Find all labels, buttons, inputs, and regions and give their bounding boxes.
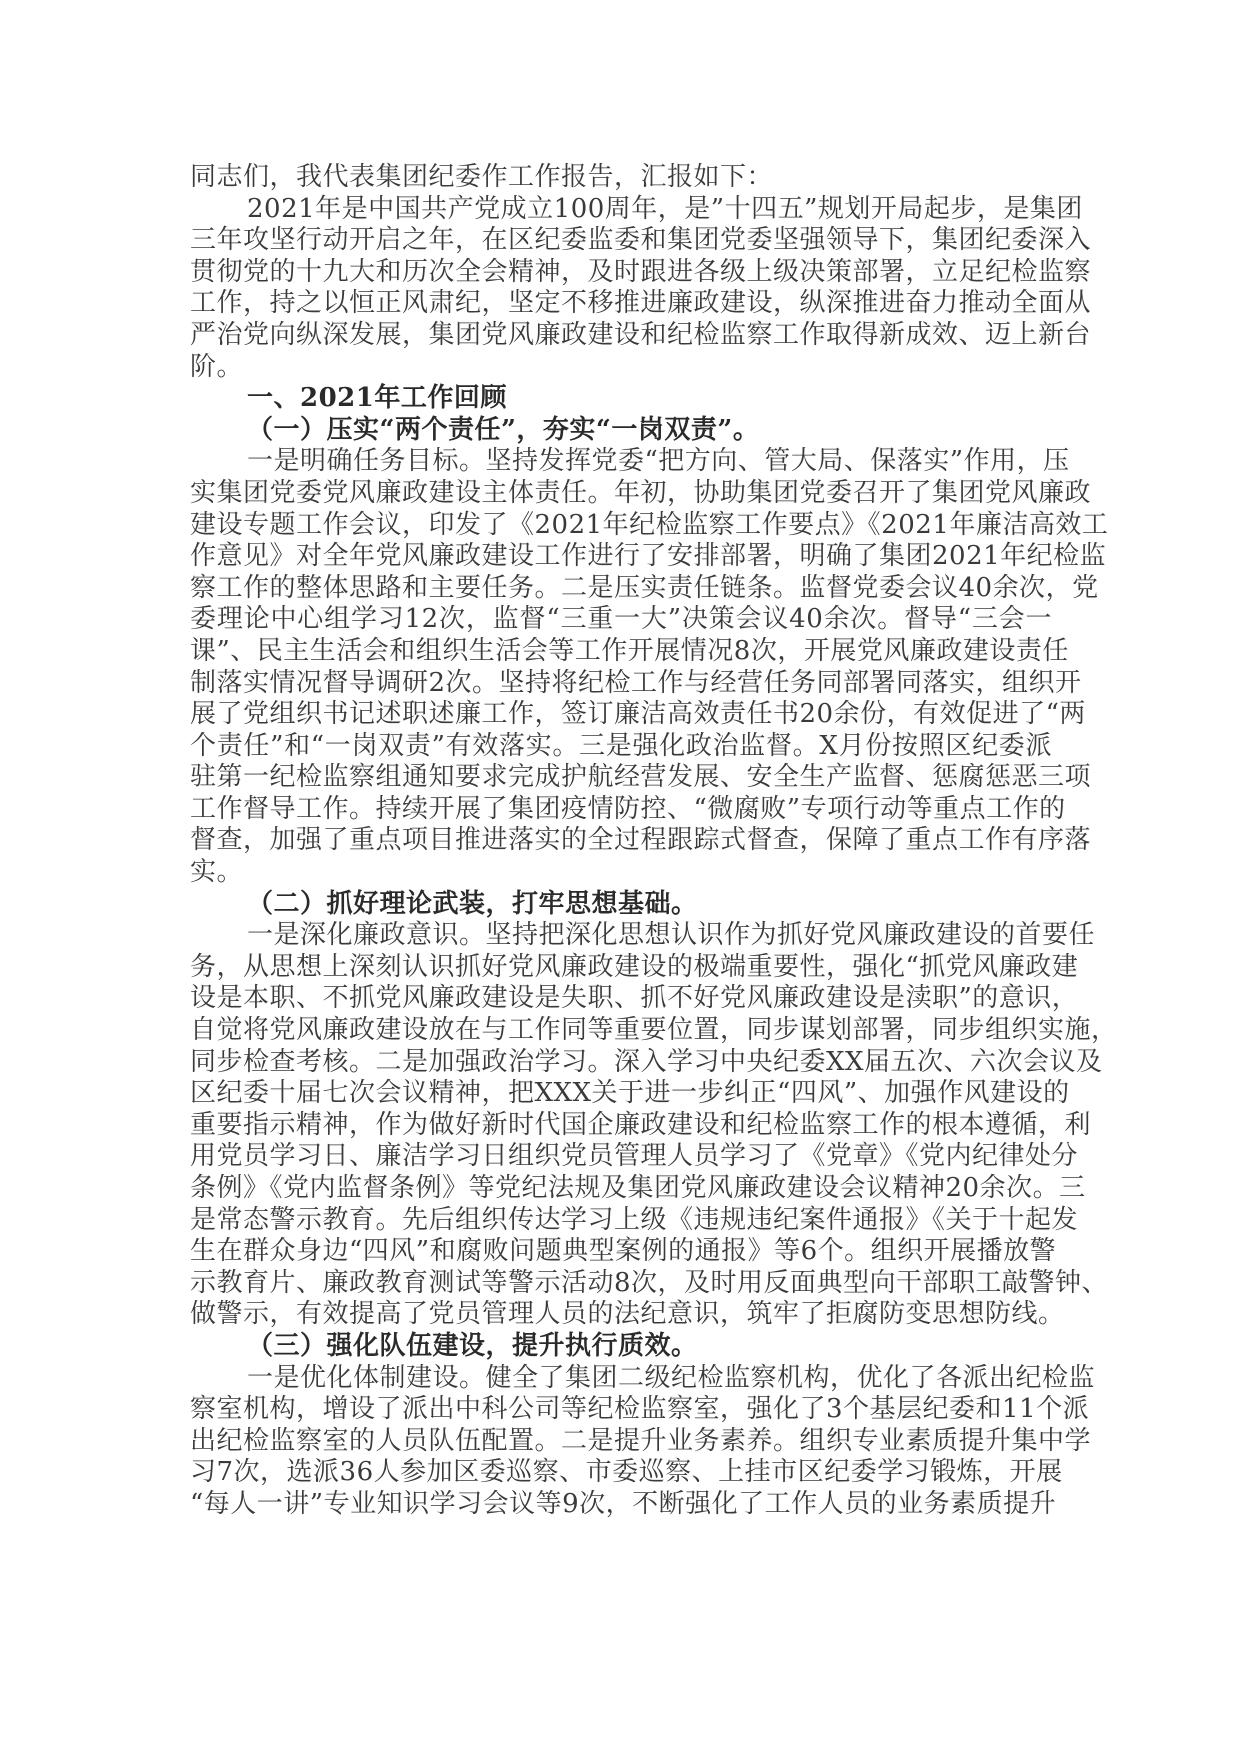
body-line: 课”、民主生活会和组织生活会等工作开展情况8次，开展党风廉政建设责任 xyxy=(190,636,1052,668)
body-line: 条例》《党内监督条例》等党纪法规及集团党风廉政建设会议精神20余次。三 xyxy=(190,1173,1052,1205)
body-line: 一是深化廉政意识。坚持把深化思想认识作为抓好党风廉政建设的首要任 xyxy=(190,920,1052,952)
subsection-heading: （三）强化队伍建设，提升执行质效。 xyxy=(190,1331,1052,1363)
body-line: 同步检查考核。二是加强政治学习。深入学习中央纪委XX届五次、六次会议及 xyxy=(190,1047,1052,1079)
body-line: 重要指示精神，作为做好新时代国企廉政建设和纪检监察工作的根本遵循，利 xyxy=(190,1110,1052,1142)
section-heading: 一、2021年工作回顾 xyxy=(190,383,1052,415)
body-line: 自觉将党风廉政建设放在与工作同等重要位置，同步谋划部署，同步组织实施， xyxy=(190,1015,1052,1047)
document-page: 同志们，我代表集团纪委作工作报告，汇报如下： 2021年是中国共产党成立100周… xyxy=(190,162,1052,1521)
body-line: 工作督导工作。持续开展了集团疫情防控、“微腐败”专项行动等重点工作的 xyxy=(190,794,1052,826)
body-line: 用党员学习日、廉洁学习日组织党员管理人员学习了《党章》《党内纪律处分 xyxy=(190,1141,1052,1173)
body-line: 制落实情况督导调研2次。坚持将纪检工作与经营任务同部署同落实，组织开 xyxy=(190,668,1052,700)
body-line: 作意见》对全年党风廉政建设工作进行了安排部署，明确了集团2021年纪检监 xyxy=(190,541,1052,573)
body-line: 是常态警示教育。先后组织传达学习上级《违规违纪案件通报》《关于十起发 xyxy=(190,1205,1052,1237)
body-line: 生在群众身边“四风”和腐败问题典型案例的通报》等6个。组织开展播放警 xyxy=(190,1236,1052,1268)
body-line: 察室机构，增设了派出中科公司等纪检监察室，强化了3个基层纪委和11个派 xyxy=(190,1394,1052,1426)
body-line: 务，从思想上深刻认识抓好党风廉政建设的极端重要性，强化“抓党风廉政建 xyxy=(190,952,1052,984)
body-line: 一是明确任务目标。坚持发挥党委“把方向、管大局、保落实”作用，压 xyxy=(190,446,1052,478)
body-line: 出纪检监察室的人员队伍配置。二是提升业务素养。组织专业素质提升集中学 xyxy=(190,1426,1052,1458)
subsection-heading: （一）压实“两个责任”，夯实“一岗双责”。 xyxy=(190,415,1052,447)
body-line: 做警示，有效提高了党员管理人员的法纪意识，筑牢了拒腐防变思想防线。 xyxy=(190,1299,1052,1331)
intro-line: 工作，持之以恒正风肃纪，坚定不移推进廉政建设，纵深推进奋力推动全面从 xyxy=(190,288,1052,320)
body-line: 实。 xyxy=(190,857,1052,889)
body-line: 区纪委十届七次会议精神，把XXX关于进一步纠正“四风”、加强作风建设的 xyxy=(190,1078,1052,1110)
body-line: “每人一讲”专业知识学习会议等9次，不断强化了工作人员的业务素质提升 xyxy=(190,1489,1052,1521)
body-line: 示教育片、廉政教育测试等警示活动8次，及时用反面典型向干部职工敲警钟、 xyxy=(190,1268,1052,1300)
body-line: 实集团党委党风廉政建设主体责任。年初，协助集团党委召开了集团党风廉政 xyxy=(190,478,1052,510)
intro-line: 严治党向纵深发展，集团党风廉政建设和纪检监察工作取得新成效、迈上新台 xyxy=(190,320,1052,352)
body-line: 驻第一纪检监察组通知要求完成护航经营发展、安全生产监督、惩腐惩恶三项 xyxy=(190,762,1052,794)
body-line: 委理论中心组学习12次，监督“三重一大”决策会议40余次。督导“三会一 xyxy=(190,604,1052,636)
intro-line: 贯彻党的十九大和历次全会精神，及时跟进各级上级决策部署，立足纪检监察 xyxy=(190,257,1052,289)
body-line: 设是本职、不抓党风廉政建设是失职、抓不好党风廉政建设是渎职”的意识， xyxy=(190,983,1052,1015)
body-line: 个责任”和“一岗双责”有效落实。三是强化政治监督。X月份按照区纪委派 xyxy=(190,731,1052,763)
intro-line: 三年攻坚行动开启之年，在区纪委监委和集团党委坚强领导下，集团纪委深入 xyxy=(190,225,1052,257)
body-line: 督查，加强了重点项目推进落实的全过程跟踪式督查，保障了重点工作有序落 xyxy=(190,825,1052,857)
intro-line: 阶。 xyxy=(190,352,1052,384)
body-line: 一是优化体制建设。健全了集团二级纪检监察机构，优化了各派出纪检监 xyxy=(190,1363,1052,1395)
body-line: 察工作的整体思路和主要任务。二是压实责任链条。监督党委会议40余次，党 xyxy=(190,573,1052,605)
greeting-line: 同志们，我代表集团纪委作工作报告，汇报如下： xyxy=(190,162,1052,194)
body-line: 建设专题工作会议，印发了《2021年纪检监察工作要点》《2021年廉洁高效工 xyxy=(190,510,1052,542)
subsection-heading: （二）抓好理论武装，打牢思想基础。 xyxy=(190,889,1052,921)
body-line: 展了党组织书记述职述廉工作，签订廉洁高效责任书20余份，有效促进了“两 xyxy=(190,699,1052,731)
intro-line: 2021年是中国共产党成立100周年，是”十四五”规划开局起步，是集团 xyxy=(190,194,1052,226)
body-line: 习7次，选派36人参加区委巡察、市委巡察、上挂市区纪委学习锻炼，开展 xyxy=(190,1457,1052,1489)
